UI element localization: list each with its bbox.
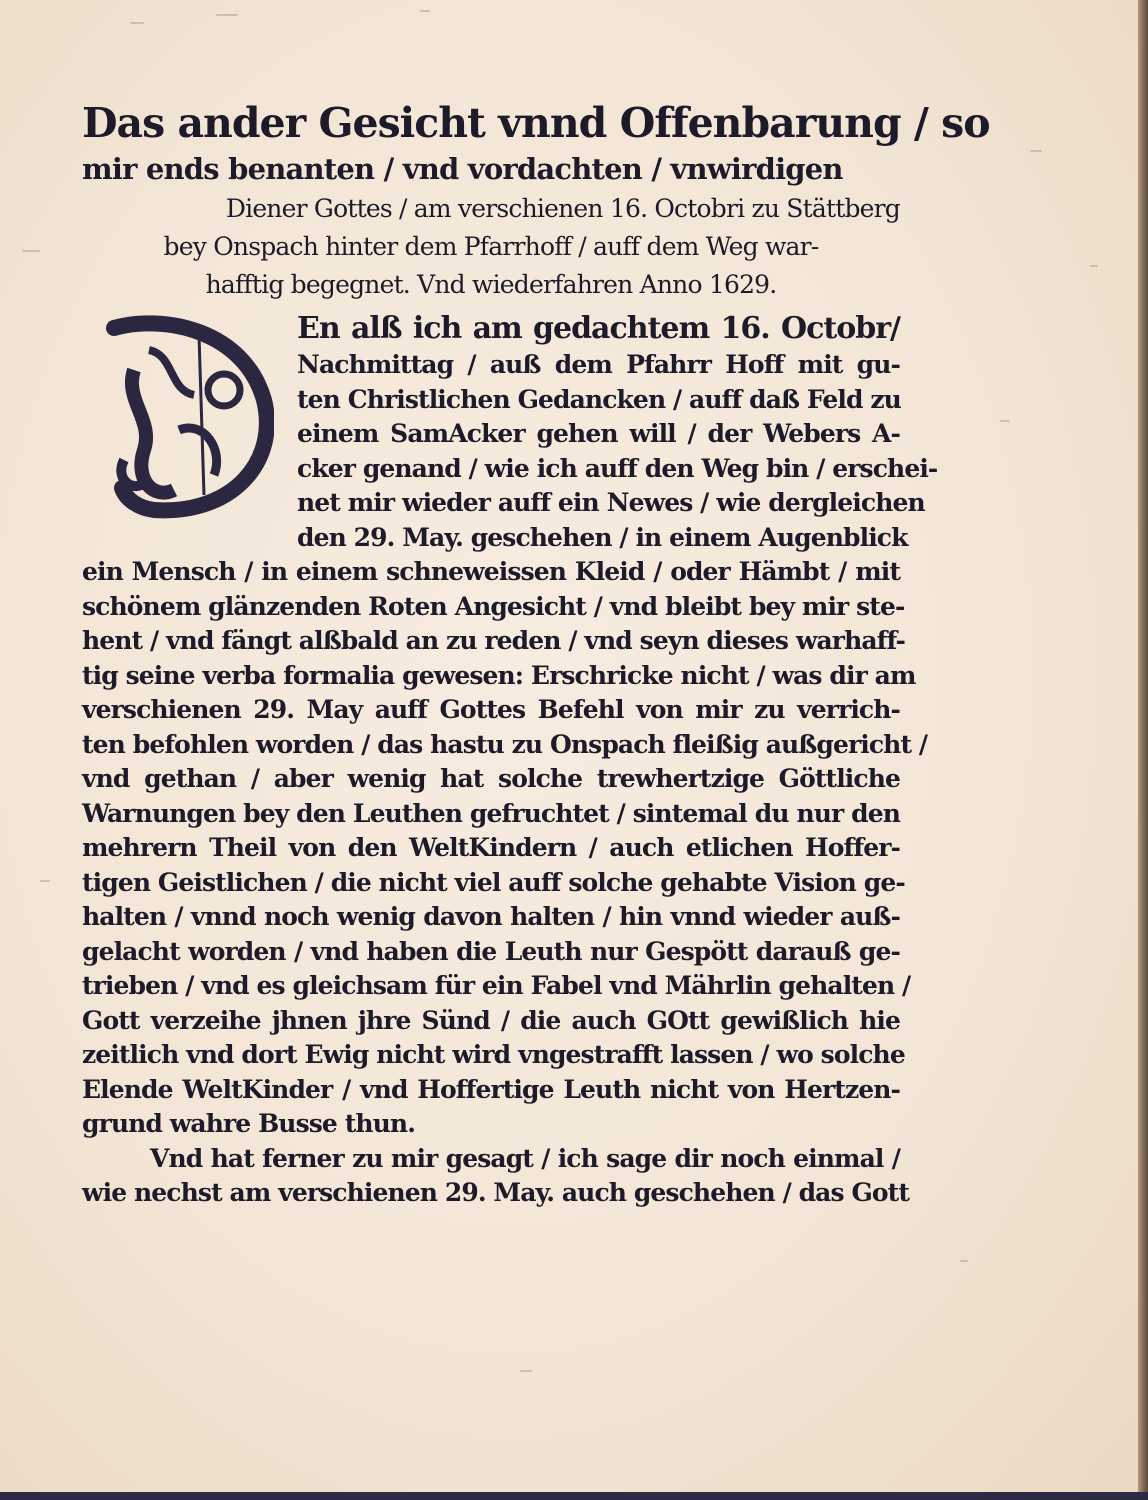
- body-line: zeitlich vnd dort Ewig nicht wird vngest…: [82, 1038, 900, 1073]
- body-line: gelacht worden / vnd haben die Leuth nur…: [82, 935, 900, 970]
- body-line: vnd gethan / aber wenig hat solche trewh…: [82, 762, 900, 797]
- body-line: Warnungen bey den Leuthen gefruchtet / s…: [82, 797, 900, 832]
- heading-line-5: hafftig begegnet. Vnd wiederfahren Anno …: [82, 266, 900, 304]
- body-line: halten / vnnd noch wenig davon halten / …: [82, 900, 900, 935]
- heading-line-1: Das ander Gesicht vnnd Offenbarung / so: [82, 98, 900, 148]
- body-line: tig seine verba formalia gewesen: Erschr…: [82, 659, 900, 694]
- intro-lines: En alß ich am gedachtem 16. Octobr/ Nach…: [297, 310, 900, 555]
- intro-line-2: Nachmittag / auß dem Pfahrr Hoff mit gu-: [297, 348, 900, 383]
- page-text: Das ander Gesicht vnnd Offenbarung / so …: [82, 98, 900, 1211]
- final-paragraph-line-2: wie nechst am verschienen 29. May. auch …: [82, 1176, 900, 1211]
- body-line: grund wahre Busse thun.: [82, 1107, 900, 1142]
- intro-line-4: einem SamAcker gehen will / der Webers A…: [297, 417, 900, 452]
- body-line: ein Mensch / in einem schneweissen Kleid…: [82, 555, 900, 590]
- final-paragraph-line-1: Vnd hat ferner zu mir gesagt / ich sage …: [82, 1142, 900, 1177]
- body-line: schönem glänzenden Roten Angesicht / vnd…: [82, 590, 900, 625]
- book-page-edge: [1138, 0, 1148, 1500]
- body-line: trieben / vnd es gleichsam für ein Fabel…: [82, 969, 900, 1004]
- intro-line-1: En alß ich am gedachtem 16. Octobr/: [297, 310, 900, 348]
- heading-line-4: bey Onspach hinter dem Pfarrhoff / auff …: [82, 228, 900, 266]
- decorated-initial-d-icon: [104, 310, 274, 520]
- body-section: En alß ich am gedachtem 16. Octobr/ Nach…: [82, 310, 900, 1211]
- body-lines: ein Mensch / in einem schneweissen Kleid…: [82, 555, 900, 1211]
- body-line: verschienen 29. May auff Gottes Befehl v…: [82, 693, 900, 728]
- body-line: mehrern Theil von den WeltKindern / auch…: [82, 831, 900, 866]
- intro-line-3: ten Christlichen Gedancken / auff daß Fe…: [297, 383, 900, 418]
- intro-line-6: net mir wieder auff ein Newes / wie derg…: [297, 486, 900, 521]
- body-line: Elende WeltKinder / vnd Hoffertige Leuth…: [82, 1073, 900, 1108]
- body-line: ten befohlen worden / das hastu zu Onspa…: [82, 728, 900, 763]
- intro-line-7: den 29. May. geschehen / in einem Augenb…: [297, 521, 900, 556]
- intro-line-5: cker genand / wie ich auff den Weg bin /…: [297, 452, 900, 487]
- scanned-page: Das ander Gesicht vnnd Offenbarung / so …: [0, 0, 1138, 1492]
- heading-line-3: Diener Gottes / am verschienen 16. Octob…: [82, 190, 900, 228]
- heading-line-2: mir ends benanten / vnd vordachten / vnw…: [82, 148, 900, 190]
- body-line: hent / vnd fängt alßbald an zu reden / v…: [82, 624, 900, 659]
- scan-bottom-border: [0, 1492, 1148, 1500]
- body-line: tigen Geistlichen / die nicht viel auff …: [82, 866, 900, 901]
- body-line: Gott verzeihe jhnen jhre Sünd / die auch…: [82, 1004, 900, 1039]
